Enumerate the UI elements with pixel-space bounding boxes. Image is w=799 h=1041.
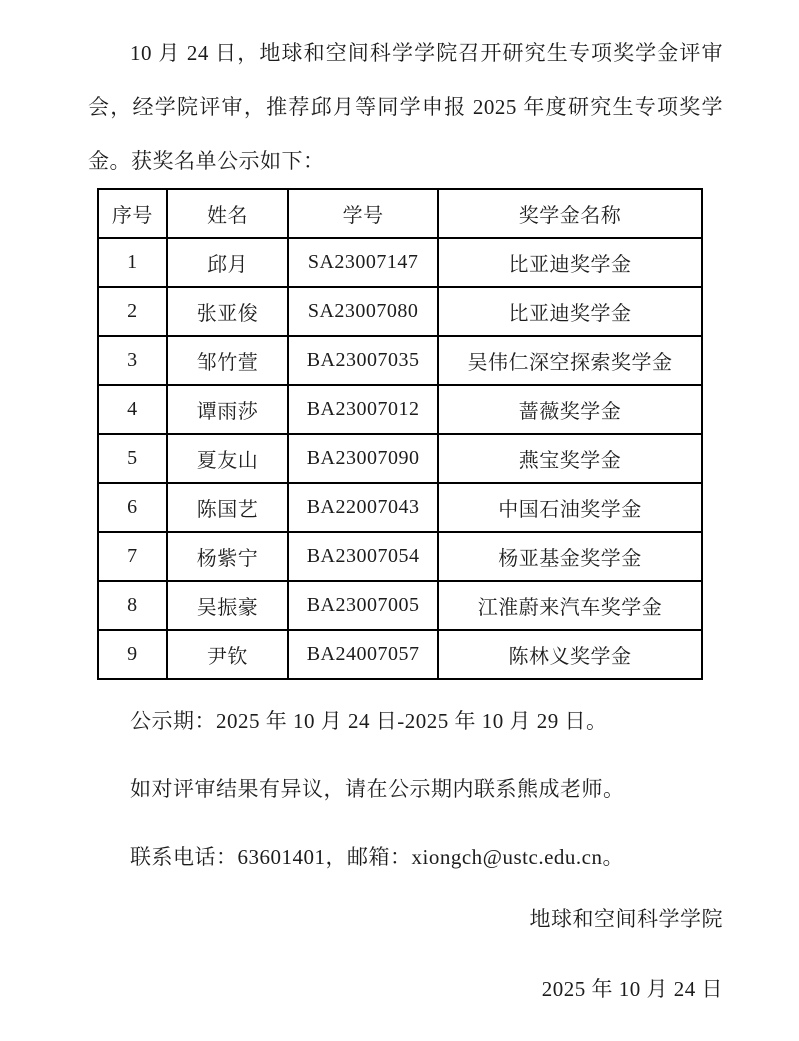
cell-name: 吴振豪 xyxy=(167,581,288,630)
signature-org: 地球和空间科学学院 xyxy=(88,892,723,946)
cell-scholarship: 蔷薇奖学金 xyxy=(438,385,702,434)
document-page: 10 月 24 日，地球和空间科学学院召开研究生专项奖学金评审会，经学院评审，推… xyxy=(0,0,799,1041)
cell-seq: 7 xyxy=(98,532,167,581)
table-header-row: 序号 姓名 学号 奖学金名称 xyxy=(98,189,702,238)
cell-seq: 9 xyxy=(98,630,167,679)
col-header-scholarship: 奖学金名称 xyxy=(438,189,702,238)
cell-scholarship: 杨亚基金奖学金 xyxy=(438,532,702,581)
cell-scholarship: 燕宝奖学金 xyxy=(438,434,702,483)
intro-paragraph: 10 月 24 日，地球和空间科学学院召开研究生专项奖学金评审会，经学院评审，推… xyxy=(88,26,723,188)
col-header-student-id: 学号 xyxy=(288,189,438,238)
contact-line: 联系电话：63601401，邮箱：xiongch@ustc.edu.cn。 xyxy=(88,830,723,884)
table-row: 8 吴振豪 BA23007005 江淮蔚来汽车奖学金 xyxy=(98,581,702,630)
publicity-period-line: 公示期：2025 年 10 月 24 日-2025 年 10 月 29 日。 xyxy=(88,694,723,748)
table-row: 1 邱月 SA23007147 比亚迪奖学金 xyxy=(98,238,702,287)
cell-name: 谭雨莎 xyxy=(167,385,288,434)
cell-seq: 1 xyxy=(98,238,167,287)
col-header-name: 姓名 xyxy=(167,189,288,238)
cell-scholarship: 陈林义奖学金 xyxy=(438,630,702,679)
table-row: 3 邹竹萱 BA23007035 吴伟仁深空探索奖学金 xyxy=(98,336,702,385)
cell-seq: 2 xyxy=(98,287,167,336)
table-row: 6 陈国艺 BA22007043 中国石油奖学金 xyxy=(98,483,702,532)
cell-seq: 5 xyxy=(98,434,167,483)
table-row: 9 尹钦 BA24007057 陈林义奖学金 xyxy=(98,630,702,679)
cell-seq: 4 xyxy=(98,385,167,434)
table-row: 5 夏友山 BA23007090 燕宝奖学金 xyxy=(98,434,702,483)
cell-student-id: SA23007080 xyxy=(288,287,438,336)
table-row: 4 谭雨莎 BA23007012 蔷薇奖学金 xyxy=(98,385,702,434)
cell-seq: 3 xyxy=(98,336,167,385)
cell-name: 邱月 xyxy=(167,238,288,287)
cell-student-id: BA23007035 xyxy=(288,336,438,385)
cell-name: 夏友山 xyxy=(167,434,288,483)
cell-scholarship: 中国石油奖学金 xyxy=(438,483,702,532)
cell-name: 陈国艺 xyxy=(167,483,288,532)
signature-date: 2025 年 10 月 24 日 xyxy=(88,962,723,1016)
cell-student-id: BA23007054 xyxy=(288,532,438,581)
cell-name: 尹钦 xyxy=(167,630,288,679)
cell-seq: 8 xyxy=(98,581,167,630)
cell-scholarship: 比亚迪奖学金 xyxy=(438,238,702,287)
table-row: 2 张亚俊 SA23007080 比亚迪奖学金 xyxy=(98,287,702,336)
table-row: 7 杨紫宁 BA23007054 杨亚基金奖学金 xyxy=(98,532,702,581)
cell-scholarship: 江淮蔚来汽车奖学金 xyxy=(438,581,702,630)
awards-table: 序号 姓名 学号 奖学金名称 1 邱月 SA23007147 比亚迪奖学金 2 … xyxy=(97,188,703,680)
cell-scholarship: 比亚迪奖学金 xyxy=(438,287,702,336)
cell-student-id: BA22007043 xyxy=(288,483,438,532)
cell-scholarship: 吴伟仁深空探索奖学金 xyxy=(438,336,702,385)
cell-name: 杨紫宁 xyxy=(167,532,288,581)
objection-note-line: 如对评审结果有异议，请在公示期内联系熊成老师。 xyxy=(88,762,723,816)
cell-student-id: SA23007147 xyxy=(288,238,438,287)
cell-student-id: BA23007012 xyxy=(288,385,438,434)
cell-name: 张亚俊 xyxy=(167,287,288,336)
col-header-seq: 序号 xyxy=(98,189,167,238)
cell-seq: 6 xyxy=(98,483,167,532)
cell-student-id: BA23007005 xyxy=(288,581,438,630)
cell-student-id: BA24007057 xyxy=(288,630,438,679)
cell-student-id: BA23007090 xyxy=(288,434,438,483)
cell-name: 邹竹萱 xyxy=(167,336,288,385)
